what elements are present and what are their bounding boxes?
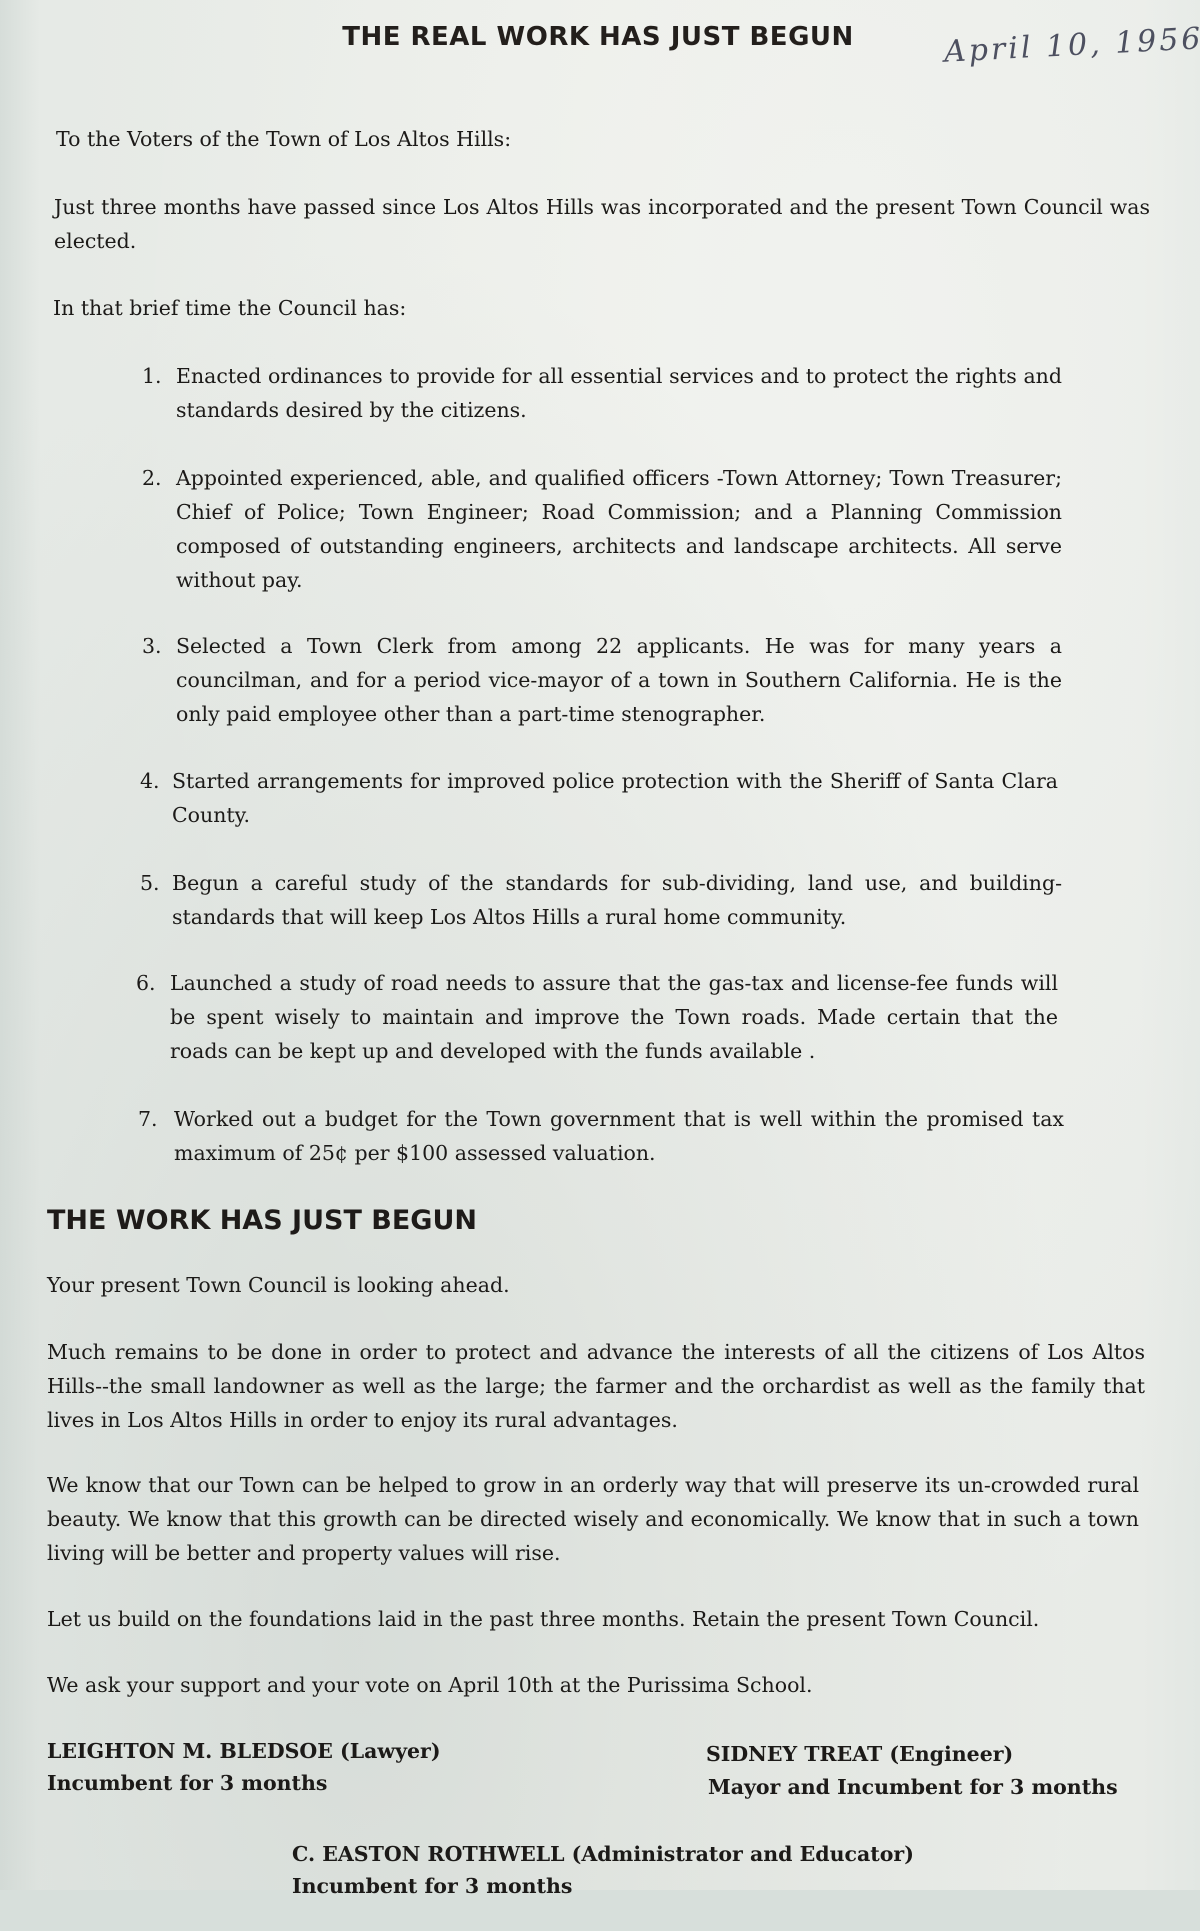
salutation: To the Voters of the Town of Los Altos H… [56,122,511,156]
candidate-status: Mayor and Incumbent for 3 months [708,1771,1118,1804]
list-item-number: 4. [140,764,160,798]
paragraph-much-remains: Much remains to be done in order to prot… [47,1335,1145,1437]
paragraph-vote-request: We ask your support and your vote on Apr… [47,1668,813,1702]
paragraph-orderly-growth: We know that our Town can be helped to g… [47,1468,1139,1570]
list-item-text: Begun a careful study of the standards f… [172,866,1062,934]
list-item-text: Appointed experienced, able, and qualifi… [176,461,1062,597]
scan-margin [0,1890,1200,1931]
intro-paragraph: Just three months have passed since Los … [54,190,1150,258]
list-item-text: Launched a study of road needs to assure… [170,966,1058,1068]
list-item-text: Started arrangements for improved police… [172,764,1058,832]
paragraph-retain-council: Let us build on the foundations laid in … [47,1602,1039,1636]
list-item-text: Worked out a budget for the Town governm… [174,1102,1064,1170]
candidate-name: LEIGHTON M. BLEDSOE (Lawyer) [47,1735,441,1768]
list-lead: In that brief time the Council has: [53,291,406,325]
list-item-number: 3. [142,629,162,663]
candidate-name: C. EASTON ROTHWELL (Administrator and Ed… [292,1838,914,1871]
list-item-number: 5. [140,866,160,900]
paragraph-looking-ahead: Your present Town Council is looking ahe… [47,1268,510,1302]
list-item-number: 7. [138,1102,158,1136]
candidate-status: Incumbent for 3 months [47,1767,327,1800]
list-item-number: 1. [142,359,162,393]
list-item-text: Selected a Town Clerk from among 22 appl… [176,629,1062,731]
section-heading: THE WORK HAS JUST BEGUN [47,1205,477,1236]
list-item-number: 6. [136,966,156,1000]
candidate-name: SIDNEY TREAT (Engineer) [706,1738,1013,1771]
list-item-number: 2. [142,461,162,495]
candidate-status: Incumbent for 3 months [292,1870,572,1903]
list-item-text: Enacted ordinances to provide for all es… [176,359,1062,427]
